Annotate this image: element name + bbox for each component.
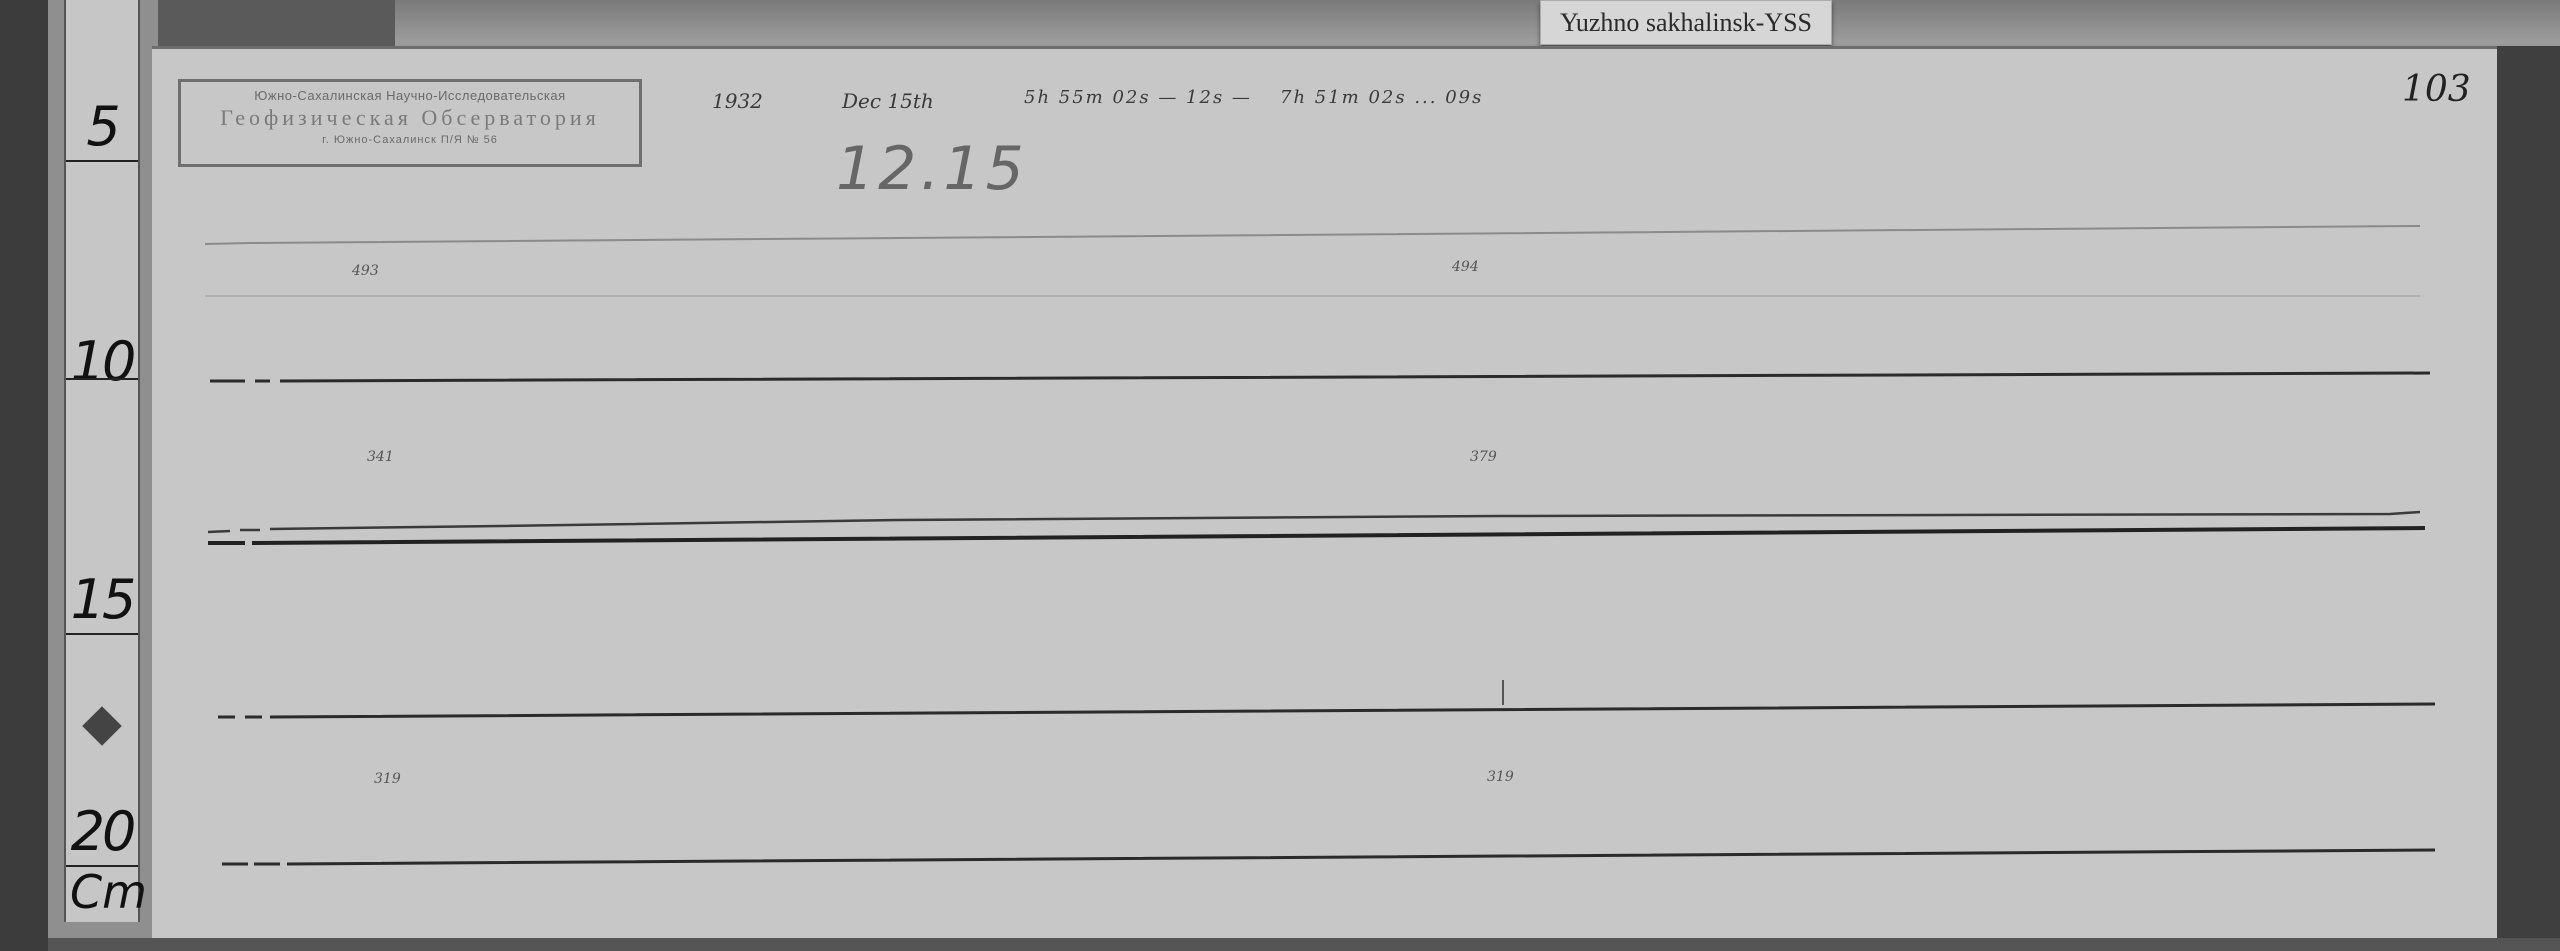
bottom-frame xyxy=(48,938,2560,951)
seismic-traces xyxy=(0,0,2560,951)
trace-line-3 xyxy=(218,704,2435,717)
paper-right-edge xyxy=(2497,46,2560,951)
trace-line-4 xyxy=(222,850,2435,864)
trace-line-1 xyxy=(210,373,2430,381)
trace-line-2b xyxy=(208,528,2425,543)
trace-line-0 xyxy=(205,226,2420,244)
